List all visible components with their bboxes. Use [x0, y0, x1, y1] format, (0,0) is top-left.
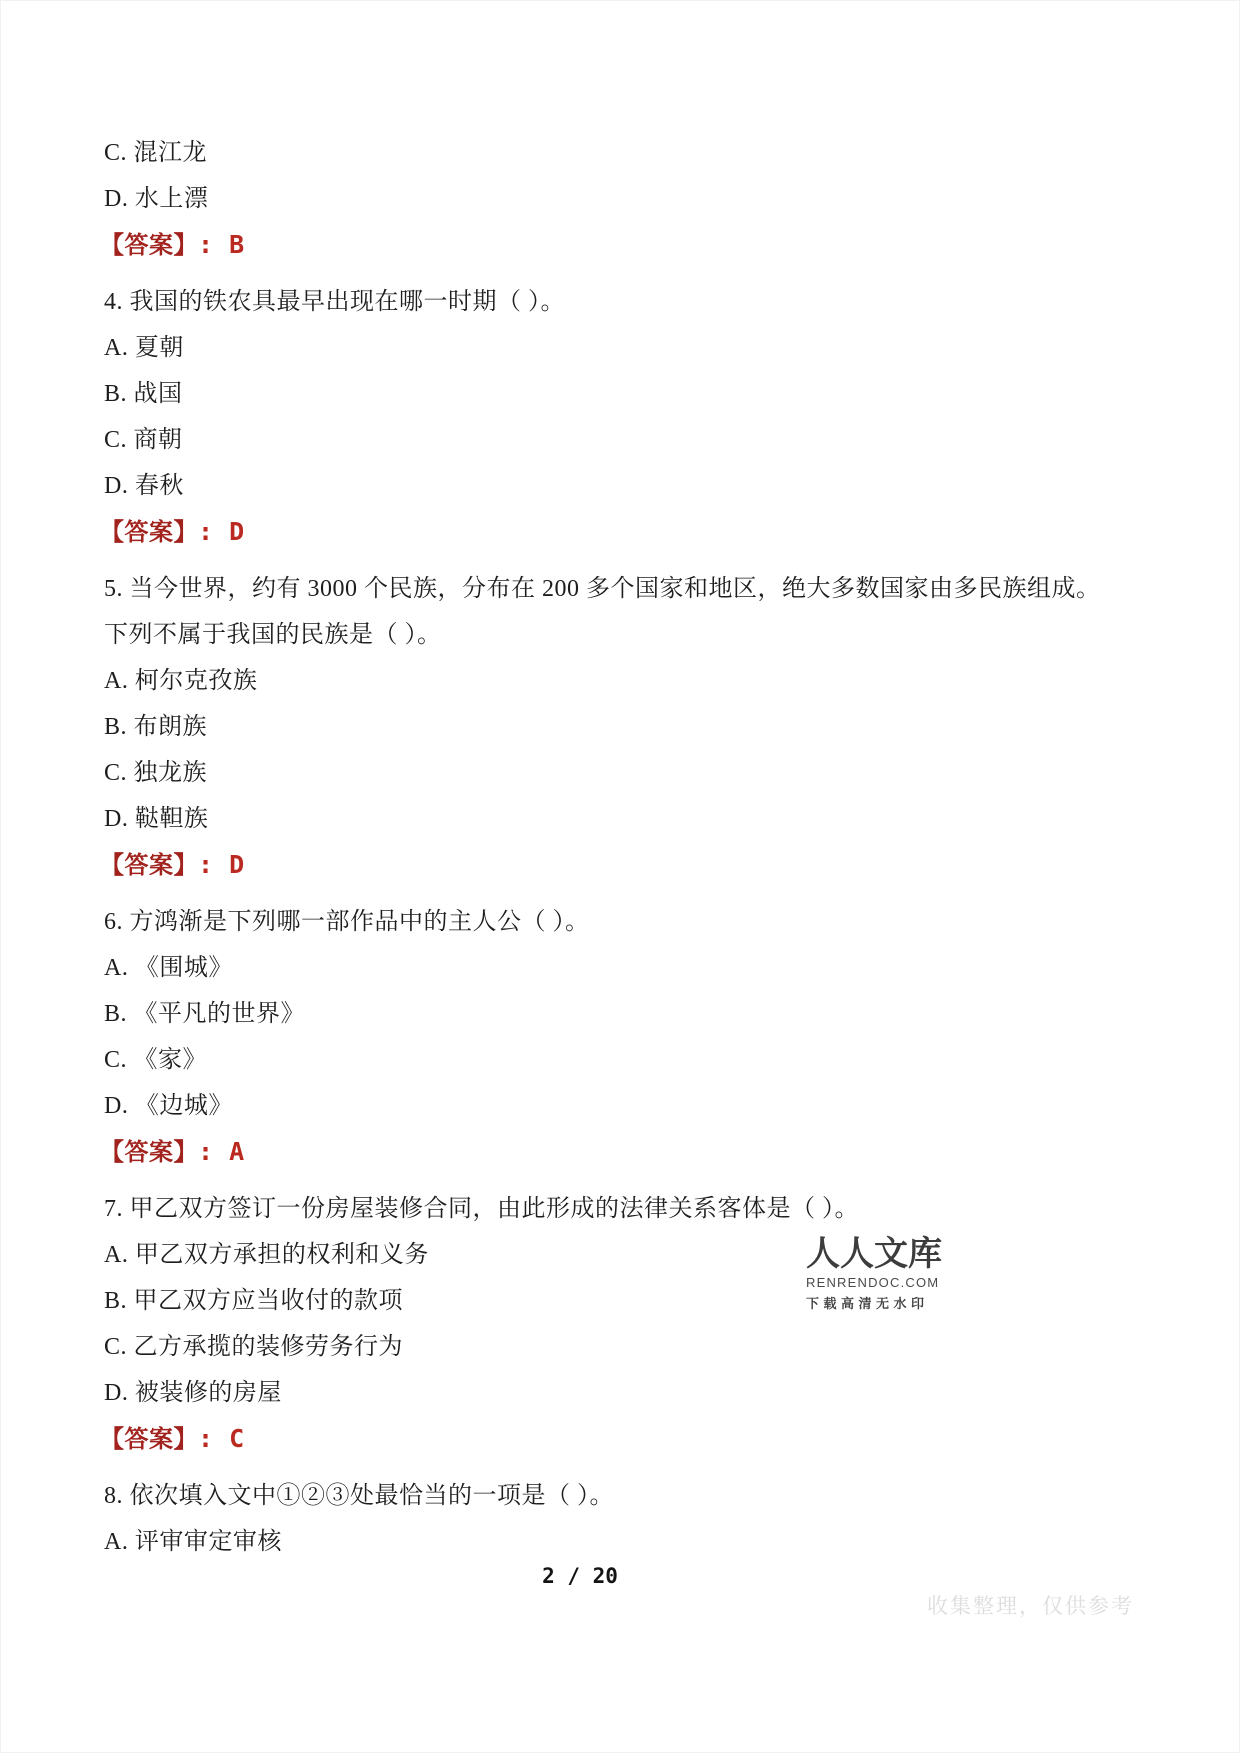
option-line: D. 春秋: [104, 463, 1144, 509]
answer-line: 【答案】: D: [100, 842, 1144, 889]
question-line: 6. 方鸿渐是下列哪一部作品中的主人公（ ）。: [104, 899, 1144, 945]
question-line: 4. 我国的铁农具最早出现在哪一时期（ ）。: [104, 279, 1144, 325]
answer-letter: : B: [198, 230, 245, 259]
option-line: B. 《平凡的世界》: [104, 991, 1144, 1037]
answer-line: 【答案】: B: [100, 222, 1144, 269]
option-line: B. 甲乙双方应当收付的款项: [104, 1278, 1144, 1324]
answer-letter: : D: [198, 850, 245, 879]
question-line: 8. 依次填入文中①②③处最恰当的一项是（ ）。: [104, 1473, 1144, 1519]
option-line: A. 柯尔克孜族: [104, 658, 1144, 704]
question-line: 7. 甲乙双方签订一份房屋装修合同，由此形成的法律关系客体是（ ）。: [104, 1186, 1144, 1232]
question-line: 5. 当今世界，约有 3000 个民族，分布在 200 多个国家和地区，绝大多数…: [104, 566, 1144, 658]
option-line: A. 评审审定审核: [104, 1519, 1144, 1565]
answer-line: 【答案】: A: [100, 1129, 1144, 1176]
option-line: B. 战国: [104, 371, 1144, 417]
watermark-brand-logo: 人人文库: [806, 1236, 976, 1273]
answer-label: 【答案】: [100, 1427, 198, 1453]
option-line: A. 夏朝: [104, 325, 1144, 371]
answer-label: 【答案】: [100, 233, 198, 259]
answer-label: 【答案】: [100, 520, 198, 546]
document-page: C. 混江龙D. 水上漂【答案】: B4. 我国的铁农具最早出现在哪一时期（ ）…: [0, 0, 1240, 1753]
answer-letter: : A: [198, 1137, 245, 1166]
watermark-domain-text: RENRENDOC.COM: [806, 1275, 976, 1290]
answer-line: 【答案】: D: [100, 509, 1144, 556]
footer-note: 收集整理，仅供参考: [927, 1590, 1134, 1620]
page-number: 2 / 20: [0, 1564, 1160, 1588]
answer-label: 【答案】: [100, 1140, 198, 1166]
renrendoc-watermark: 人人文库 RENRENDOC.COM 下载高清无水印: [806, 1236, 976, 1312]
option-line: A. 《围城》: [104, 945, 1144, 991]
option-line: C. 商朝: [104, 417, 1144, 463]
option-line: A. 甲乙双方承担的权利和义务: [104, 1232, 1144, 1278]
watermark-tagline-text: 下载高清无水印: [806, 1293, 976, 1312]
option-line: C. 混江龙: [104, 130, 1144, 176]
option-line: C. 独龙族: [104, 750, 1144, 796]
option-line: D. 鞑靼族: [104, 796, 1144, 842]
answer-letter: : D: [198, 517, 245, 546]
option-line: B. 布朗族: [104, 704, 1144, 750]
answer-line: 【答案】: C: [100, 1416, 1144, 1463]
answer-label: 【答案】: [100, 853, 198, 879]
option-line: D. 《边城》: [104, 1083, 1144, 1129]
option-line: C. 乙方承揽的装修劳务行为: [104, 1324, 1144, 1370]
answer-letter: : C: [198, 1424, 245, 1453]
option-line: C. 《家》: [104, 1037, 1144, 1083]
option-line: D. 水上漂: [104, 176, 1144, 222]
option-line: D. 被装修的房屋: [104, 1370, 1144, 1416]
exam-question-list: C. 混江龙D. 水上漂【答案】: B4. 我国的铁农具最早出现在哪一时期（ ）…: [104, 130, 1144, 1565]
